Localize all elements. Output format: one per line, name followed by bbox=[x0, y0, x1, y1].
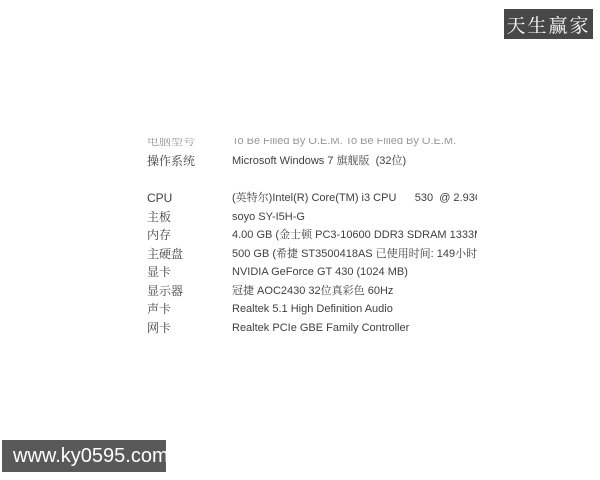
top-right-watermark-badge: 天生赢家 bbox=[504, 9, 593, 39]
spec-row: 显示器 冠捷 AOC2430 32位真彩色 60Hz bbox=[147, 285, 393, 298]
spec-label: 网卡 bbox=[147, 322, 232, 335]
spec-value: To Be Filled By O.E.M. To Be Filled By O… bbox=[232, 138, 456, 148]
bottom-left-watermark-badge: www.ky0595.com bbox=[2, 440, 166, 472]
spec-label: 主板 bbox=[147, 211, 232, 224]
spec-label: 声卡 bbox=[147, 303, 232, 316]
spec-label: CPU bbox=[147, 192, 232, 205]
spec-label: 操作系统 bbox=[147, 155, 232, 168]
spec-row: CPU (英特尔)Intel(R) Core(TM) i3 CPU 530 @ … bbox=[147, 192, 477, 205]
spec-row: 显卡 NVIDIA GeForce GT 430 (1024 MB) bbox=[147, 266, 408, 279]
system-info-page: 天生赢家 电脑型号 To Be Filled By O.E.M. To Be F… bbox=[0, 0, 600, 480]
spec-label: 显示器 bbox=[147, 285, 232, 298]
spec-row: 主板 soyo SY-I5H-G bbox=[147, 211, 305, 224]
spec-row: 网卡 Realtek PCIe GBE Family Controller bbox=[147, 322, 409, 335]
spec-value: 4.00 GB (金士顿 PC3-10600 DDR3 SDRAM 1333MH… bbox=[232, 229, 477, 242]
spec-row: 操作系统 Microsoft Windows 7 旗舰版 (32位) bbox=[147, 155, 406, 168]
spec-row: 声卡 Realtek 5.1 High Definition Audio bbox=[147, 303, 393, 316]
spec-row: 电脑型号 To Be Filled By O.E.M. To Be Filled… bbox=[147, 138, 456, 148]
spec-value: Microsoft Windows 7 旗舰版 (32位) bbox=[232, 155, 406, 168]
spec-value: 冠捷 AOC2430 32位真彩色 60Hz bbox=[232, 285, 393, 298]
spec-value: 500 GB (希捷 ST3500418AS 已使用时间: 149小时) bbox=[232, 248, 477, 261]
spec-row: 主硬盘 500 GB (希捷 ST3500418AS 已使用时间: 149小时) bbox=[147, 248, 477, 261]
spec-value: (英特尔)Intel(R) Core(TM) i3 CPU 530 @ 2.93… bbox=[232, 192, 477, 205]
spec-label: 电脑型号 bbox=[147, 138, 232, 148]
spec-value: Realtek 5.1 High Definition Audio bbox=[232, 303, 393, 316]
spec-label: 内存 bbox=[147, 229, 232, 242]
spec-value: NVIDIA GeForce GT 430 (1024 MB) bbox=[232, 266, 408, 279]
hardware-spec-table: 电脑型号 To Be Filled By O.E.M. To Be Filled… bbox=[147, 138, 477, 338]
spec-value: Realtek PCIe GBE Family Controller bbox=[232, 322, 409, 335]
spec-label: 主硬盘 bbox=[147, 248, 232, 261]
spec-label: 显卡 bbox=[147, 266, 232, 279]
spec-value: soyo SY-I5H-G bbox=[232, 211, 305, 224]
spec-row: 内存 4.00 GB (金士顿 PC3-10600 DDR3 SDRAM 133… bbox=[147, 229, 477, 242]
